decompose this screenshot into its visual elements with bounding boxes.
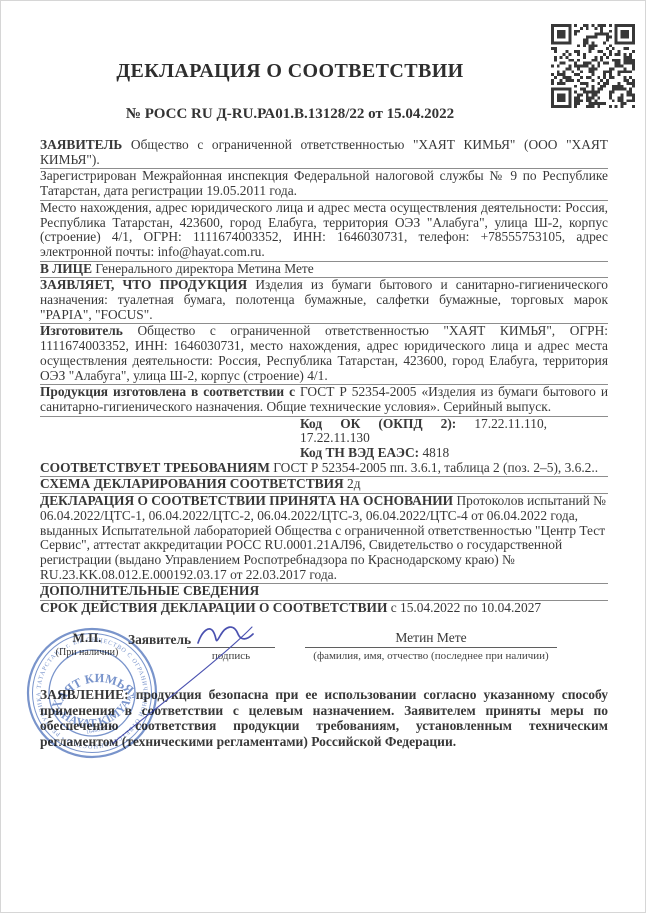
registered-text: Зарегистрирован Межрайонная инспекция Фе… [40,168,608,198]
scheme-label: СХЕМА ДЕКЛАРИРОВАНИЯ СООТВЕТСТВИЯ [40,476,344,491]
row-additional-info: ДОПОЛНИТЕЛЬНЫЕ СВЕДЕНИЯ [40,584,608,601]
row-manufacturer: Изготовитель Общество с ограниченной отв… [40,324,608,385]
basis-label: ДЕКЛАРАЦИЯ О СООТВЕТСТВИИ ПРИНЯТА НА ОСН… [40,493,453,508]
signature-line: подпись [187,619,275,662]
signature-block: М.П. (При наличии) Заявитель подпись Мет… [40,619,608,679]
signatory-name: Метин Мете [305,619,557,648]
stamp-place-label: М.П. (При наличии) [50,630,124,658]
name-line: Метин Мете (фамилия, имя, отчество (посл… [305,619,557,662]
manufacturer-label: Изготовитель [40,323,123,338]
row-scheme: СХЕМА ДЕКЛАРИРОВАНИЯ СООТВЕТСТВИЯ 2д [40,477,608,494]
row-registered: Зарегистрирован Межрайонная инспекция Фе… [40,169,608,200]
in-person-text: Генерального директора Метина Мете [95,261,313,276]
location-text: Место нахождения, адрес юридического лиц… [40,200,608,259]
document-title: ДЕКЛАРАЦИЯ О СООТВЕТСТВИИ [40,60,540,83]
codes-block: Код ОК (ОКПД 2): 17.22.11.110, 17.22.11.… [300,417,547,461]
declaration-document: ДЕКЛАРАЦИЯ О СООТВЕТСТВИИ № РОСС RU Д-RU… [0,0,646,913]
row-validity: СРОК ДЕЙСТВИЯ ДЕКЛАРАЦИИ О СООТВЕТСТВИИ … [40,601,608,617]
manufacturer-text: Общество с ограниченной ответственностью… [40,323,608,382]
conforms-text: ГОСТ Р 52354-2005 пп. 3.6.1, таблица 2 (… [273,460,598,475]
validity-dates: с 15.04.2022 по 10.04.2027 [391,600,541,615]
row-produced: Продукция изготовлена в соответствии с Г… [40,385,608,416]
name-caption: (фамилия, имя, отчество (последнее при н… [305,650,557,662]
conforms-label: СООТВЕТСТВУЕТ ТРЕБОВАНИЯМ [40,460,270,475]
tnved-code-value: 4818 [422,445,449,460]
tnved-code-label: Код ТН ВЭД ЕАЭС: [300,445,419,460]
row-applicant: ЗАЯВИТЕЛЬ Общество с ограниченной ответс… [40,138,608,169]
declares-label: ЗАЯВЛЯЕТ, ЧТО ПРОДУКЦИЯ [40,277,247,292]
statement-label: ЗАЯВЛЕНИЕ: [40,687,129,702]
tnved-code-line: Код ТН ВЭД ЕАЭС: 4818 [300,446,547,461]
okpd-code-line: Код ОК (ОКПД 2): 17.22.11.110, 17.22.11.… [300,417,547,446]
document-number: № РОСС RU Д-RU.РА01.В.13128/22 от 15.04.… [40,106,540,123]
validity-label: СРОК ДЕЙСТВИЯ ДЕКЛАРАЦИИ О СООТВЕТСТВИИ [40,600,387,615]
document-header: ДЕКЛАРАЦИЯ О СООТВЕТСТВИИ № РОСС RU Д-RU… [40,0,540,123]
applicant-text: Общество с ограниченной ответственностью… [40,137,608,167]
signature-rule [187,619,275,648]
scheme-value: 2д [347,476,361,491]
applicant-label: ЗАЯВИТЕЛЬ [40,137,122,152]
row-basis: ДЕКЛАРАЦИЯ О СООТВЕТСТВИИ ПРИНЯТА НА ОСН… [40,494,608,584]
row-declares: ЗАЯВЛЯЕТ, ЧТО ПРОДУКЦИЯ Изделия из бумаг… [40,278,608,324]
in-person-label: В ЛИЦЕ [40,261,92,276]
declaration-table: ЗАЯВИТЕЛЬ Общество с ограниченной ответс… [40,138,608,617]
row-location: Место нахождения, адрес юридического лиц… [40,201,608,262]
statement-paragraph: ЗАЯВЛЕНИЕ: продукция безопасна при ее ис… [40,687,608,750]
mp-note: (При наличии) [50,647,124,658]
okpd-code-label: Код ОК (ОКПД 2): [300,416,456,431]
produced-label: Продукция изготовлена в соответствии с [40,384,295,399]
qr-code-icon [551,24,635,108]
additional-info-label: ДОПОЛНИТЕЛЬНЫЕ СВЕДЕНИЯ [40,583,259,598]
applicant-sign-label: Заявитель [128,632,191,648]
row-codes-and-conformity: Код ОК (ОКПД 2): 17.22.11.110, 17.22.11.… [40,417,608,478]
mp-label: М.П. [50,630,124,646]
row-in-person: В ЛИЦЕ Генерального директора Метина Мет… [40,262,608,279]
signature-caption: подпись [187,650,275,662]
